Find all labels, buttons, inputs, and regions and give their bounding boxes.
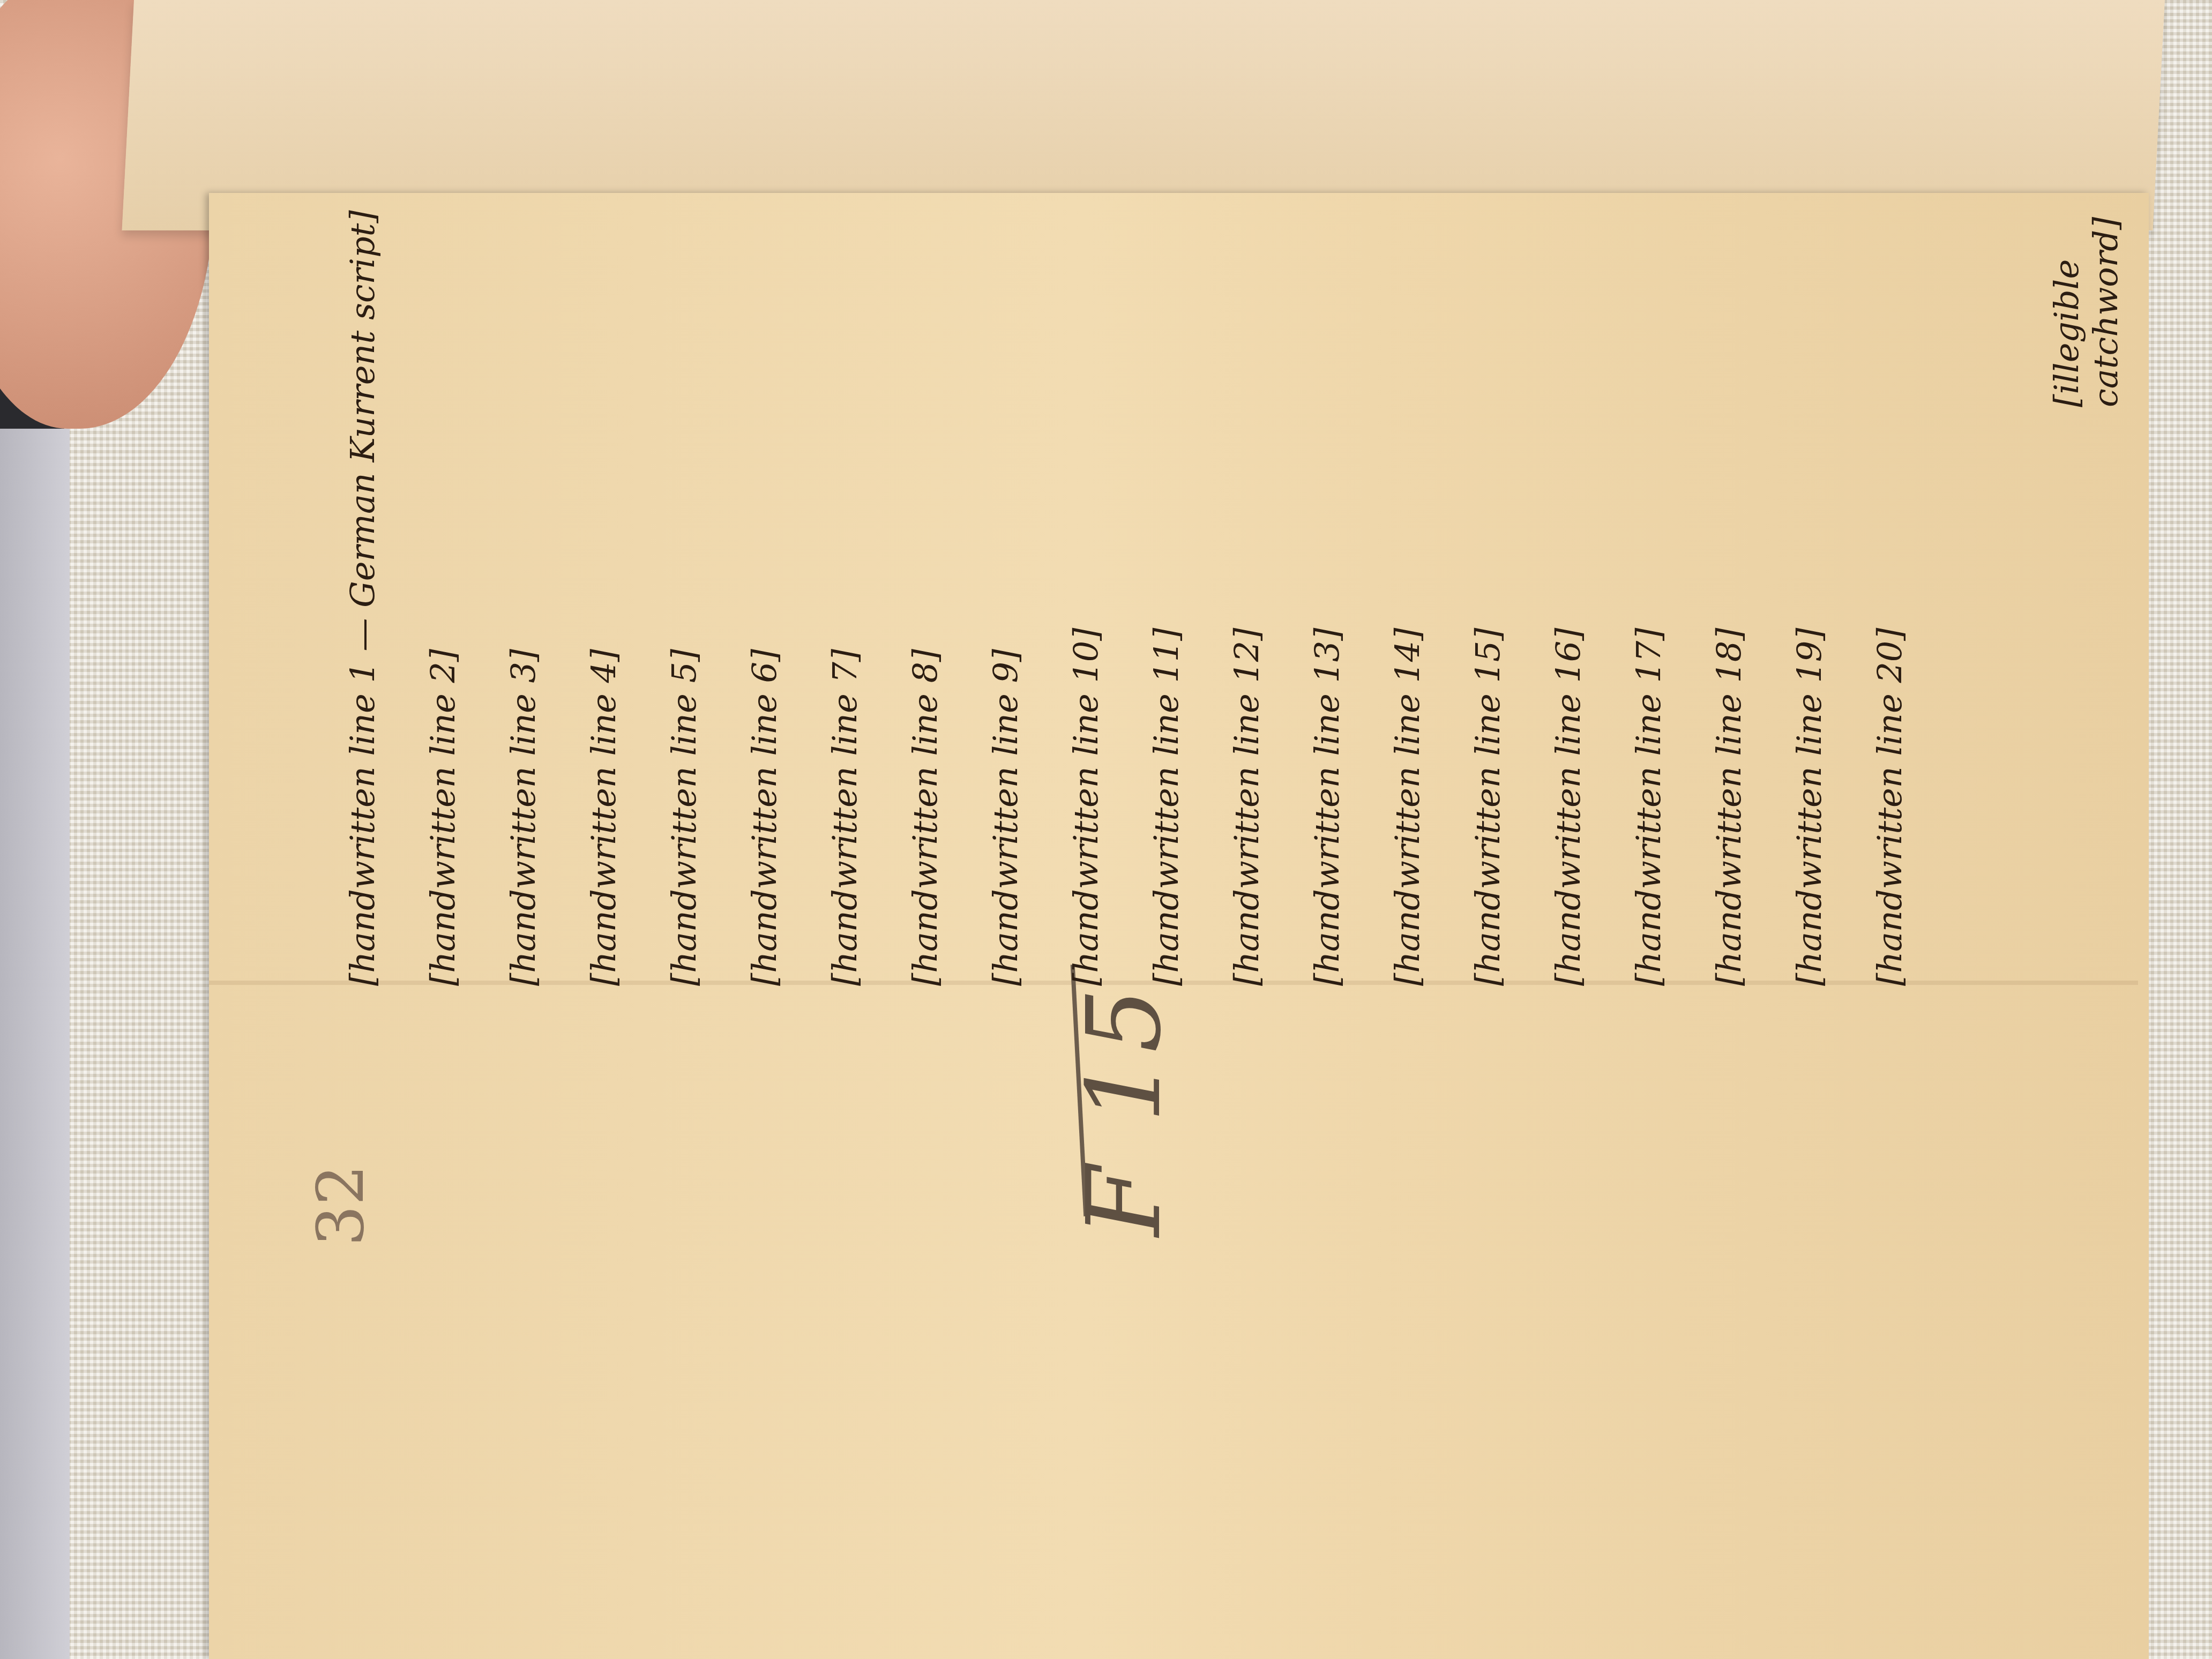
handwritten-line: [handwritten line 11] (1147, 204, 1184, 986)
handwritten-line: [handwritten line 14] (1388, 204, 1425, 986)
catchword: [illegible catchword] (2047, 217, 2125, 407)
handwritten-line: [handwritten line 16] (1549, 204, 1586, 986)
pencil-annotation: F 15 (1065, 983, 1183, 1237)
handwritten-line: [handwritten line 9] (986, 204, 1023, 986)
handwritten-line: [handwritten line 20] (1870, 204, 1908, 986)
handwritten-text-block: [handwritten line 1 — German Kurrent scr… (343, 214, 2111, 997)
handwritten-line: [handwritten line 8] (906, 204, 943, 986)
handwritten-line: [handwritten line 12] (1227, 204, 1265, 986)
handwritten-line: [handwritten line 2] (423, 204, 461, 986)
handwritten-line: [handwritten line 4] (584, 204, 622, 986)
handwritten-line: [handwritten line 5] (664, 204, 702, 986)
handwritten-line: [handwritten line 13] (1307, 204, 1345, 986)
grey-fabric (0, 429, 70, 1659)
handwritten-line: [handwritten line 6] (745, 204, 782, 986)
handwritten-line: [handwritten line 3] (504, 204, 541, 986)
handwritten-line: [handwritten line 18] (1709, 204, 1747, 986)
handwritten-line: [handwritten line 17] (1629, 204, 1667, 986)
handwritten-line: [handwritten line 19] (1790, 204, 1827, 986)
handwritten-line: [handwritten line 7] (825, 204, 863, 986)
page-number: 32 (304, 1164, 378, 1246)
handwritten-line: [handwritten line 1 — German Kurrent scr… (343, 204, 380, 986)
handwritten-line: [handwritten line 10] (1066, 204, 1104, 986)
handwritten-line: [handwritten line 15] (1468, 204, 1506, 986)
